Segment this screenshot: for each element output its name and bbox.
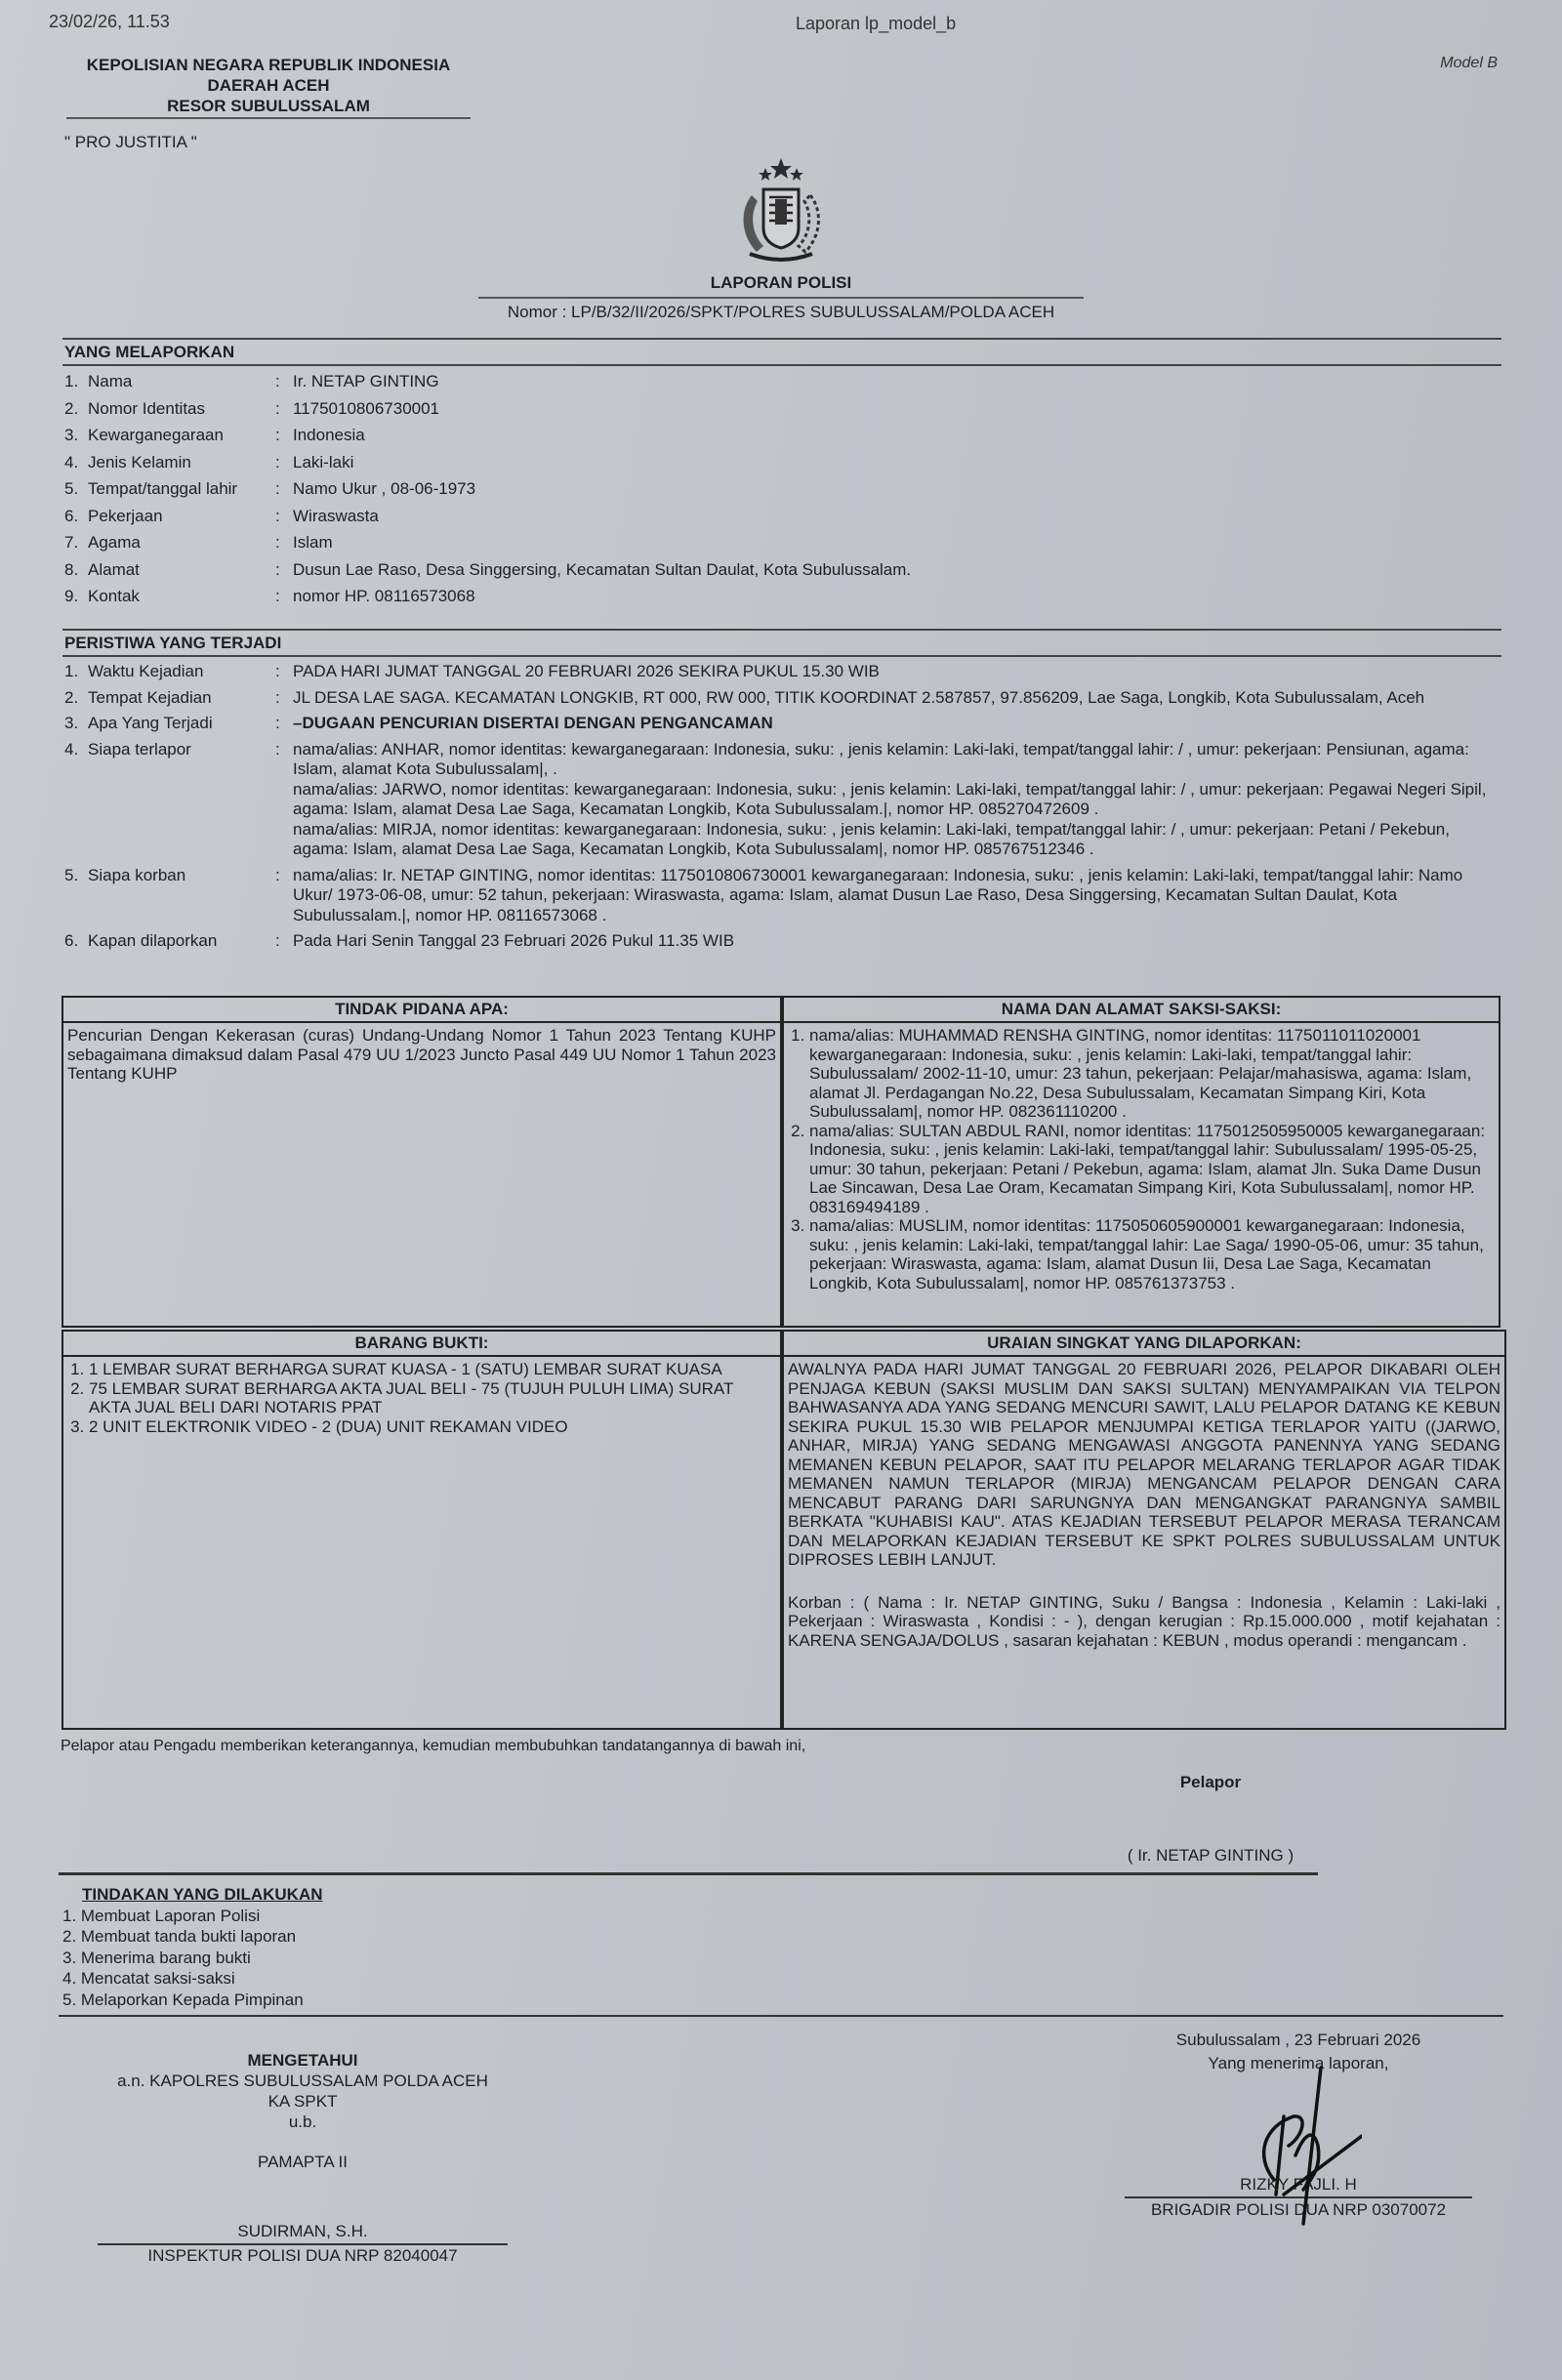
evidence-item: 1 LEMBAR SURAT BERHARGA SURAT KUASA - 1 … bbox=[89, 1360, 776, 1379]
field-value-text: Laki-laki bbox=[293, 449, 1500, 476]
field-label-text: Waktu Kejadian bbox=[88, 662, 203, 680]
field-separator: : bbox=[275, 368, 293, 395]
reporter-signature-name: ( Ir. NETAP GINTING ) bbox=[1084, 1846, 1337, 1866]
field-value-text: Islam bbox=[293, 529, 1500, 556]
field-row: 2.Nomor Identitas:1175010806730001 bbox=[64, 395, 1500, 423]
summary-box: URAIAN SINGKAT YANG DILAPORKAN: AWALNYA … bbox=[782, 1330, 1506, 1730]
field-label-text: Agama bbox=[88, 533, 141, 552]
field-value-text: nama/alias: Ir. NETAP GINTING, nomor ide… bbox=[293, 866, 1500, 926]
field-separator: : bbox=[275, 714, 293, 734]
field-label: 6.Pekerjaan bbox=[64, 503, 275, 530]
field-number: 5. bbox=[64, 866, 88, 886]
field-number: 5. bbox=[64, 475, 88, 503]
org-line-1: KEPOLISIAN NEGARA REPUBLIK INDONESIA bbox=[68, 55, 469, 75]
field-separator: : bbox=[275, 866, 293, 926]
field-label: 9.Kontak bbox=[64, 583, 275, 610]
field-row: 2.Tempat Kejadian:JL DESA LAE SAGA. KECA… bbox=[64, 688, 1500, 709]
acknowledged-line-4: PAMAPTA II bbox=[98, 2152, 508, 2172]
letterhead-divider bbox=[66, 117, 471, 119]
witnesses-box: NAMA DAN ALAMAT SAKSI-SAKSI: nama/alias:… bbox=[782, 996, 1500, 1328]
field-label-text: Apa Yang Terjadi bbox=[88, 714, 213, 732]
action-item: 2. Membuat tanda bukti laporan bbox=[62, 1926, 323, 1948]
witnesses-heading: NAMA DAN ALAMAT SAKSI-SAKSI: bbox=[784, 998, 1499, 1023]
field-separator: : bbox=[275, 475, 293, 503]
section-divider bbox=[62, 629, 1501, 631]
evidence-list: 1 LEMBAR SURAT BERHARGA SURAT KUASA - 1 … bbox=[67, 1360, 776, 1436]
print-doc-title: Laporan lp_model_b bbox=[796, 14, 956, 34]
field-value-text: Indonesia bbox=[293, 422, 1500, 449]
field-value: Namo Ukur , 08-06-1973 bbox=[293, 475, 1500, 503]
acknowledged-line-3: u.b. bbox=[98, 2112, 508, 2132]
reporter-heading: YANG MELAPORKAN bbox=[64, 343, 234, 362]
field-value: JL DESA LAE SAGA. KECAMATAN LONGKIB, RT … bbox=[293, 688, 1500, 709]
acknowledged-block: MENGETAHUI a.n. KAPOLRES SUBULUSSALAM PO… bbox=[98, 2050, 508, 2266]
acknowledged-line-2: KA SPKT bbox=[98, 2091, 508, 2112]
field-value: nama/alias: ANHAR, nomor identitas: kewa… bbox=[293, 740, 1500, 860]
field-value: –DUGAAN PENCURIAN DISERTAI DENGAN PENGAN… bbox=[293, 714, 1500, 734]
field-value: nomor HP. 08116573068 bbox=[293, 583, 1500, 610]
field-value: PADA HARI JUMAT TANGGAL 20 FEBRUARI 2026… bbox=[293, 662, 1500, 682]
event-fields: 1.Waktu Kejadian:PADA HARI JUMAT TANGGAL… bbox=[64, 662, 1500, 958]
field-value-text: Dusun Lae Raso, Desa Singgersing, Kecama… bbox=[293, 556, 1500, 584]
field-value: Dusun Lae Raso, Desa Singgersing, Kecama… bbox=[293, 556, 1500, 584]
report-title-divider bbox=[478, 297, 1084, 299]
witness-list: nama/alias: MUHAMMAD RENSHA GINTING, nom… bbox=[788, 1026, 1495, 1293]
field-label: 8.Alamat bbox=[64, 556, 275, 584]
org-line-3: RESOR SUBULUSSALAM bbox=[68, 96, 469, 116]
field-label-text: Tempat/tanggal lahir bbox=[88, 479, 237, 498]
field-number: 1. bbox=[64, 368, 88, 395]
field-label-text: Kapan dilaporkan bbox=[88, 931, 217, 950]
section-divider bbox=[62, 338, 1501, 340]
field-row: 4.Siapa terlapor:nama/alias: ANHAR, nomo… bbox=[64, 740, 1500, 860]
field-label-text: Nama bbox=[88, 372, 132, 390]
field-value-text: –DUGAAN PENCURIAN DISERTAI DENGAN PENGAN… bbox=[293, 714, 1500, 734]
field-label: 4.Siapa terlapor bbox=[64, 740, 275, 860]
field-separator: : bbox=[275, 688, 293, 709]
action-item: 4. Mencatat saksi-saksi bbox=[62, 1968, 323, 1990]
field-number: 2. bbox=[64, 688, 88, 709]
witness-item: nama/alias: SULTAN ABDUL RANI, nomor ide… bbox=[809, 1122, 1495, 1217]
field-label: 5.Tempat/tanggal lahir bbox=[64, 475, 275, 503]
field-value-text: nama/alias: JARWO, nomor identitas: kewa… bbox=[293, 780, 1500, 820]
field-label: 5.Siapa korban bbox=[64, 866, 275, 926]
field-row: 3.Apa Yang Terjadi:–DUGAAN PENCURIAN DIS… bbox=[64, 714, 1500, 734]
victim-summary: Korban : ( Nama : Ir. NETAP GINTING, Suk… bbox=[784, 1590, 1504, 1654]
field-label-text: Tempat Kejadian bbox=[88, 688, 212, 707]
acknowledged-title: MENGETAHUI bbox=[98, 2050, 508, 2071]
field-number: 9. bbox=[64, 583, 88, 610]
field-number: 6. bbox=[64, 503, 88, 530]
field-number: 2. bbox=[64, 395, 88, 423]
field-value-text: Namo Ukur , 08-06-1973 bbox=[293, 475, 1500, 503]
witness-item: nama/alias: MUSLIM, nomor identitas: 117… bbox=[809, 1216, 1495, 1293]
letterhead: KEPOLISIAN NEGARA REPUBLIK INDONESIA DAE… bbox=[68, 55, 469, 116]
field-label: 3.Kewarganegaraan bbox=[64, 422, 275, 449]
field-number: 6. bbox=[64, 931, 88, 952]
field-label-text: Jenis Kelamin bbox=[88, 453, 191, 472]
field-row: 8.Alamat:Dusun Lae Raso, Desa Singgersin… bbox=[64, 556, 1500, 584]
section-divider bbox=[62, 364, 1501, 366]
actions-list: 1. Membuat Laporan Polisi2. Membuat tand… bbox=[62, 1906, 323, 2011]
reporter-signature-label: Pelapor bbox=[1142, 1773, 1279, 1792]
action-item: 5. Melaporkan Kepada Pimpinan bbox=[62, 1990, 323, 2011]
actions-section: TINDAKAN YANG DILAKUKAN 1. Membuat Lapor… bbox=[62, 1884, 323, 2010]
field-number: 3. bbox=[64, 422, 88, 449]
field-row: 1.Waktu Kejadian:PADA HARI JUMAT TANGGAL… bbox=[64, 662, 1500, 682]
field-label-text: Pekerjaan bbox=[88, 507, 163, 525]
field-label: 1.Nama bbox=[64, 368, 275, 395]
field-row: 6.Pekerjaan:Wiraswasta bbox=[64, 503, 1500, 530]
crime-text: Pencurian Dengan Kekerasan (curas) Undan… bbox=[63, 1023, 780, 1087]
field-value: 1175010806730001 bbox=[293, 395, 1500, 423]
section-divider bbox=[62, 655, 1501, 657]
field-label: 7.Agama bbox=[64, 529, 275, 556]
field-label: 2.Nomor Identitas bbox=[64, 395, 275, 423]
witness-item: nama/alias: MUHAMMAD RENSHA GINTING, nom… bbox=[809, 1026, 1495, 1122]
field-label: 1.Waktu Kejadian bbox=[64, 662, 275, 682]
field-separator: : bbox=[275, 395, 293, 423]
field-separator: : bbox=[275, 662, 293, 682]
model-label: Model B bbox=[1440, 55, 1498, 72]
field-value-text: nama/alias: MIRJA, nomor identitas: kewa… bbox=[293, 820, 1500, 860]
evidence-item: 75 LEMBAR SURAT BERHARGA AKTA JUAL BELI … bbox=[89, 1379, 776, 1417]
field-value: Ir. NETAP GINTING bbox=[293, 368, 1500, 395]
field-separator: : bbox=[275, 931, 293, 952]
acknowledged-name: SUDIRMAN, S.H. bbox=[98, 2221, 508, 2241]
field-value: nama/alias: Ir. NETAP GINTING, nomor ide… bbox=[293, 866, 1500, 926]
field-row: 4.Jenis Kelamin:Laki-laki bbox=[64, 449, 1500, 476]
action-item: 3. Menerima barang bukti bbox=[62, 1948, 323, 1969]
org-line-2: DAERAH ACEH bbox=[68, 75, 469, 96]
footer-divider bbox=[59, 2015, 1503, 2017]
crime-heading: TINDAK PIDANA APA: bbox=[63, 998, 780, 1023]
field-value: Laki-laki bbox=[293, 449, 1500, 476]
signature-icon bbox=[1225, 2058, 1362, 2234]
signature-divider bbox=[59, 1872, 1318, 1875]
print-datetime: 23/02/26, 11.53 bbox=[49, 12, 170, 32]
field-value: Pada Hari Senin Tanggal 23 Februari 2026… bbox=[293, 931, 1500, 952]
field-number: 8. bbox=[64, 556, 88, 584]
summary-text: AWALNYA PADA HARI JUMAT TANGGAL 20 FEBRU… bbox=[784, 1357, 1504, 1573]
police-emblem-icon bbox=[722, 156, 840, 266]
field-label: 6.Kapan dilaporkan bbox=[64, 931, 275, 952]
field-label: 4.Jenis Kelamin bbox=[64, 449, 275, 476]
report-title: LAPORAN POLISI bbox=[586, 273, 976, 293]
field-label: 3.Apa Yang Terjadi bbox=[64, 714, 275, 734]
statement-note: Pelapor atau Pengadu memberikan keterang… bbox=[61, 1738, 805, 1755]
field-value-text: PADA HARI JUMAT TANGGAL 20 FEBRUARI 2026… bbox=[293, 662, 1500, 682]
evidence-item: 2 UNIT ELEKTRONIK VIDEO - 2 (DUA) UNIT R… bbox=[89, 1417, 776, 1437]
acknowledged-rank: INSPEKTUR POLISI DUA NRP 82040047 bbox=[98, 2245, 508, 2266]
field-label-text: Alamat bbox=[88, 560, 140, 579]
field-value-text: JL DESA LAE SAGA. KECAMATAN LONGKIB, RT … bbox=[293, 688, 1500, 709]
field-value-text: 1175010806730001 bbox=[293, 395, 1500, 423]
reporter-fields: 1.Nama:Ir. NETAP GINTING2.Nomor Identita… bbox=[64, 368, 1500, 610]
field-row: 1.Nama:Ir. NETAP GINTING bbox=[64, 368, 1500, 395]
field-value-text: nama/alias: ANHAR, nomor identitas: kewa… bbox=[293, 740, 1500, 780]
field-label-text: Siapa korban bbox=[88, 866, 185, 884]
field-row: 3.Kewarganegaraan:Indonesia bbox=[64, 422, 1500, 449]
field-label-text: Nomor Identitas bbox=[88, 399, 205, 418]
event-heading: PERISTIWA YANG TERJADI bbox=[64, 634, 281, 653]
crime-box: TINDAK PIDANA APA: Pencurian Dengan Keke… bbox=[62, 996, 782, 1328]
pro-justitia: " PRO JUSTITIA " bbox=[64, 133, 197, 152]
field-label: 2.Tempat Kejadian bbox=[64, 688, 275, 709]
report-number: Nomor : LP/B/32/II/2026/SPKT/POLRES SUBU… bbox=[430, 303, 1132, 322]
field-row: 9.Kontak:nomor HP. 08116573068 bbox=[64, 583, 1500, 610]
field-number: 4. bbox=[64, 740, 88, 760]
field-value: Indonesia bbox=[293, 422, 1500, 449]
field-value: Wiraswasta bbox=[293, 503, 1500, 530]
field-row: 5.Siapa korban:nama/alias: Ir. NETAP GIN… bbox=[64, 866, 1500, 926]
evidence-heading: BARANG BUKTI: bbox=[63, 1332, 780, 1357]
field-row: 5.Tempat/tanggal lahir:Namo Ukur , 08-06… bbox=[64, 475, 1500, 503]
field-separator: : bbox=[275, 740, 293, 860]
field-number: 7. bbox=[64, 529, 88, 556]
field-number: 3. bbox=[64, 714, 88, 734]
summary-heading: URAIAN SINGKAT YANG DILAPORKAN: bbox=[784, 1332, 1504, 1357]
field-separator: : bbox=[275, 556, 293, 584]
field-value-text: Pada Hari Senin Tanggal 23 Februari 2026… bbox=[293, 931, 1500, 952]
field-separator: : bbox=[275, 503, 293, 530]
field-value-text: Ir. NETAP GINTING bbox=[293, 368, 1500, 395]
field-value-text: Wiraswasta bbox=[293, 503, 1500, 530]
field-separator: : bbox=[275, 583, 293, 610]
field-separator: : bbox=[275, 529, 293, 556]
acknowledged-line-1: a.n. KAPOLRES SUBULUSSALAM POLDA ACEH bbox=[98, 2071, 508, 2091]
field-value: Islam bbox=[293, 529, 1500, 556]
field-value-text: nomor HP. 08116573068 bbox=[293, 583, 1500, 610]
field-label-text: Kontak bbox=[88, 587, 140, 605]
field-number: 1. bbox=[64, 662, 88, 682]
field-label-text: Siapa terlapor bbox=[88, 740, 191, 759]
field-row: 6.Kapan dilaporkan:Pada Hari Senin Tangg… bbox=[64, 931, 1500, 952]
actions-heading: TINDAKAN YANG DILAKUKAN bbox=[82, 1884, 323, 1906]
field-label-text: Kewarganegaraan bbox=[88, 426, 224, 444]
evidence-box: BARANG BUKTI: 1 LEMBAR SURAT BERHARGA SU… bbox=[62, 1330, 782, 1730]
field-separator: : bbox=[275, 422, 293, 449]
field-separator: : bbox=[275, 449, 293, 476]
action-item: 1. Membuat Laporan Polisi bbox=[62, 1906, 323, 1927]
field-number: 4. bbox=[64, 449, 88, 476]
receiver-place-date: Subulussalam , 23 Februari 2026 bbox=[1132, 2029, 1464, 2052]
field-row: 7.Agama:Islam bbox=[64, 529, 1500, 556]
